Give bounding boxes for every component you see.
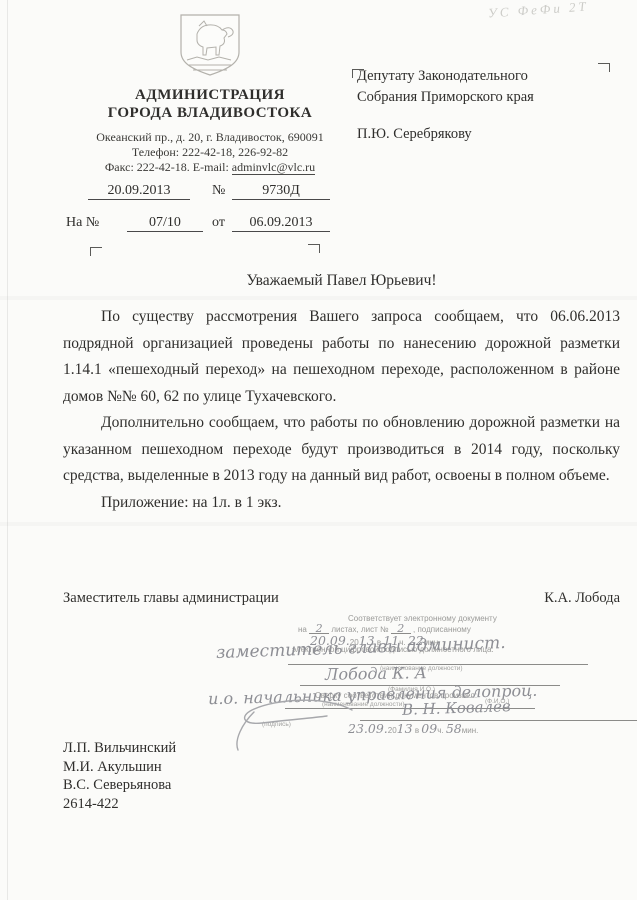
stamp-title: Соответствует электронному документу bbox=[348, 614, 497, 623]
recipient-name: П.Ю. Серебрякову bbox=[357, 124, 607, 145]
letter-body: Уважаемый Павел Юрьевич! По существу рас… bbox=[63, 272, 620, 516]
corner-mark bbox=[352, 69, 364, 78]
hw-minute: 58 bbox=[446, 721, 462, 736]
org-fax: Факс: 222-42-18. E-mail: bbox=[105, 160, 232, 174]
signer-name: К.А. Лобода bbox=[544, 590, 620, 607]
salutation: Уважаемый Павел Юрьевич! bbox=[63, 272, 620, 290]
incoming-ref-row: На № 07/10 от 06.09.2013 bbox=[60, 215, 362, 247]
print-v: в bbox=[415, 726, 419, 735]
stamp-verify-datetime: 23.09.2013 в 09ч. 58мин. bbox=[348, 721, 478, 736]
hw-signer-name: Лобода К. А bbox=[325, 663, 427, 684]
scan-band-artifact bbox=[0, 522, 637, 526]
pencil-annotation: УС ФеФи 2Т bbox=[488, 0, 590, 21]
outgoing-date: 20.09.2013 bbox=[88, 183, 190, 200]
org-fax-email: Факс: 222-42-18. E-mail: adminvlc@vlc.ru bbox=[60, 160, 360, 175]
from-label: от bbox=[212, 215, 225, 231]
signature-row: Заместитель главы администрации К.А. Лоб… bbox=[63, 590, 620, 607]
executor-phone: 2614-422 bbox=[63, 795, 176, 814]
signer-position: Заместитель главы администрации bbox=[63, 590, 279, 607]
org-email-link: adminvlc@vlc.ru bbox=[232, 160, 315, 175]
footer-contacts: Л.П. Вильчинский М.И. Акульшин В.С. Севе… bbox=[63, 739, 176, 813]
org-name-line1: АДМИНИСТРАЦИЯ bbox=[60, 86, 360, 104]
executor-name: Л.П. Вильчинский bbox=[63, 739, 176, 758]
hw-verifier-name: В. Н. Ковалев bbox=[402, 697, 511, 719]
print-minute-label: мин. bbox=[462, 726, 479, 735]
recipient-line2: Собрания Приморского края bbox=[357, 87, 607, 108]
hw-hour: 09 bbox=[421, 721, 437, 736]
corner-mark bbox=[308, 244, 320, 253]
executor-name: В.С. Северьянова bbox=[63, 776, 176, 795]
outgoing-number: 9730Д bbox=[232, 183, 330, 200]
hw-signer-position: заместитель главы админист. bbox=[216, 633, 506, 663]
print-century: 20 bbox=[388, 726, 397, 735]
print-hour-label: ч. bbox=[437, 726, 443, 735]
vladivostok-coat-of-arms-icon bbox=[175, 12, 245, 78]
scan-edge-artifact bbox=[7, 0, 8, 900]
corner-mark bbox=[90, 247, 102, 256]
stamp-on-label: на bbox=[298, 625, 307, 634]
scanned-letter-page: УС ФеФи 2Т АДМИНИСТРАЦИЯ ГОРОДА ВЛАДИВОС… bbox=[0, 0, 637, 900]
handwritten-signature bbox=[232, 692, 362, 754]
paragraph: Дополнительно сообщаем, что работы по об… bbox=[63, 410, 620, 490]
recipient-line1: Депутату Законодательного bbox=[357, 66, 607, 87]
org-address: Океанский пр., д. 20, г. Владивосток, 69… bbox=[60, 130, 360, 145]
corner-mark bbox=[598, 63, 610, 72]
paragraph: По существу рассмотрения Вашего запроса … bbox=[63, 304, 620, 410]
incoming-date: 06.09.2013 bbox=[232, 215, 330, 232]
recipient-block: Депутату Законодательного Собрания Примо… bbox=[357, 66, 607, 145]
executor-name: М.И. Акульшин bbox=[63, 758, 176, 777]
org-name-line2: ГОРОДА ВЛАДИВОСТОКА bbox=[60, 104, 360, 122]
hw-year: 13 bbox=[397, 721, 413, 736]
incoming-number: 07/10 bbox=[127, 215, 203, 232]
reference-block: 20.09.2013 № 9730Д На № 07/10 от 06.09.2… bbox=[60, 183, 362, 247]
attachment-note: Приложение: на 1л. в 1 экз. bbox=[63, 490, 620, 517]
org-phone: Телефон: 222-42-18, 226-92-82 bbox=[60, 145, 360, 160]
outgoing-ref-row: 20.09.2013 № 9730Д bbox=[60, 183, 362, 215]
incoming-label: На № bbox=[66, 215, 99, 231]
letterhead: АДМИНИСТРАЦИЯ ГОРОДА ВЛАДИВОСТОКА Океанс… bbox=[60, 12, 360, 175]
number-sign: № bbox=[212, 183, 225, 199]
